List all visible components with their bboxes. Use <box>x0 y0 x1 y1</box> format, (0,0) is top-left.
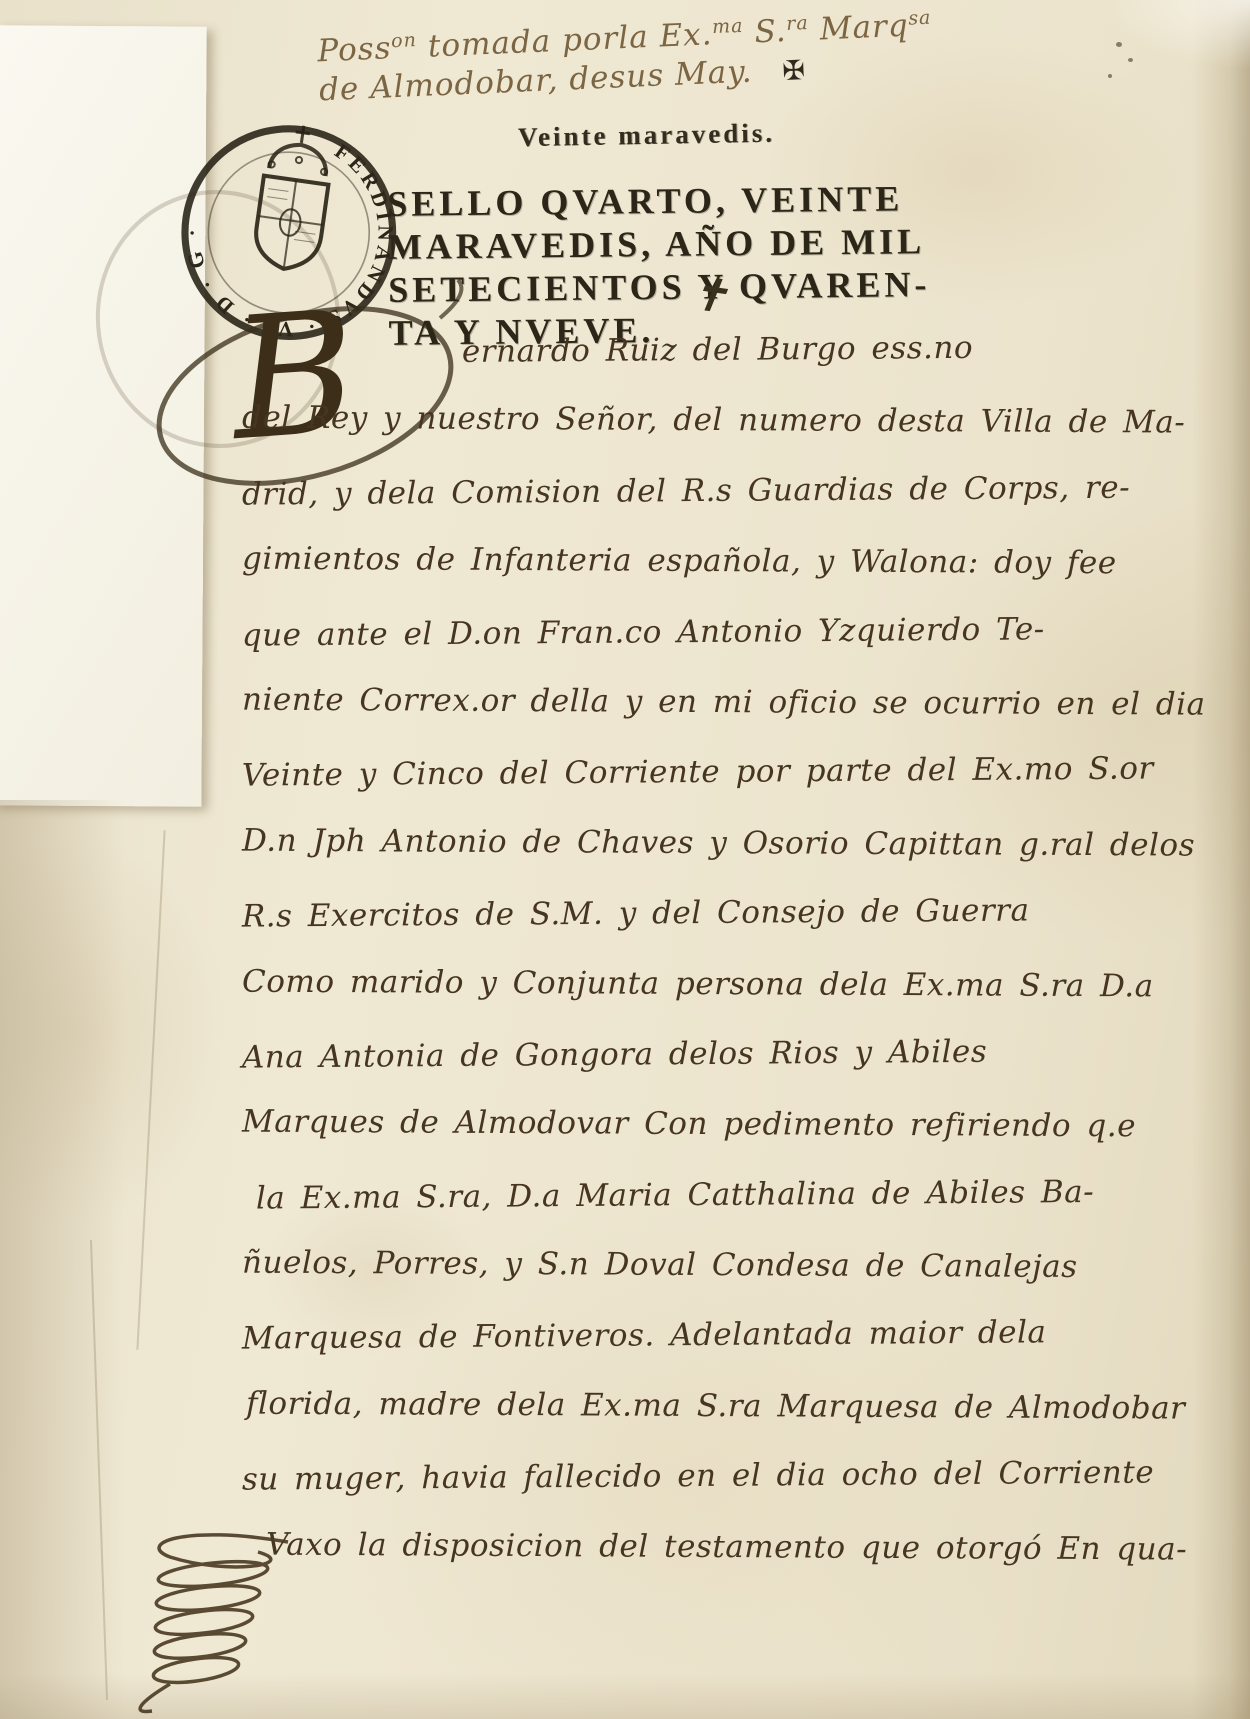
manuscript-line: R.s Exercitos de S.M. y del Consejo de G… <box>242 892 1163 970</box>
annotation-text: Poss <box>317 30 393 69</box>
manuscript-line: ernardo Ruiz del Burgo ess.no <box>242 328 1163 406</box>
manuscript-line: D.n Jph Antonio de Chaves y Osorio Capit… <box>242 822 1162 897</box>
manuscript-line: Vaxo la disposicion del testamento que o… <box>266 1526 1162 1601</box>
torn-top-right-corner <box>1100 0 1250 70</box>
manuscript-line: Marquesa de Fontiveros. Adelantada maior… <box>242 1314 1163 1392</box>
annotation-superscript: on <box>391 29 418 52</box>
ink-speck <box>1108 74 1112 78</box>
manuscript-line: niente Correx.or della y en mi oficio se… <box>242 682 1162 757</box>
manuscript-line: que ante el D.on Fran.co Antonio Yzquier… <box>242 610 1163 688</box>
manuscript-line: ñuelos, Porres, y S.n Doval Condesa de C… <box>242 1245 1162 1320</box>
annotation-superscript: ra <box>786 12 809 35</box>
ink-cross-mark: ✝ <box>686 266 732 325</box>
annotation-superscript: sa <box>908 7 932 30</box>
manuscript-line: su muger, havia fallecido en el dia ocho… <box>242 1455 1163 1533</box>
manuscript-line: gimientos de Infanteria española, y Walo… <box>242 541 1162 616</box>
manuscript-line: Como marido y Conjunta persona dela Ex.m… <box>242 963 1162 1038</box>
manuscript-line: drid, y dela Comision del R.s Guardias d… <box>242 469 1163 547</box>
stamp-line: SETECIENTOS Y QVAREN- <box>388 263 931 312</box>
manuscript-line: florida, madre dela Ex.ma S.ra Marquesa … <box>246 1385 1162 1460</box>
torn-right-edge <box>1192 0 1250 1719</box>
manuscript-line: Marques de Almodovar Con pedimento refir… <box>242 1104 1162 1179</box>
annotation-text: S. <box>743 13 787 51</box>
manuscript-line: del Rey y nuestro Señor, del numero dest… <box>242 400 1162 475</box>
manuscript-line: la Ex.ma S.ra, D.a Maria Catthalina de A… <box>256 1173 1163 1251</box>
ink-speck <box>1128 58 1133 62</box>
ink-speck <box>1116 42 1122 47</box>
stamp-line: SELLO QVARTO, VEINTE <box>387 177 930 226</box>
manuscript-line: Veinte y Cinco del Corriente por parte d… <box>242 751 1163 829</box>
annotation-text: Marq <box>808 8 909 48</box>
manuscript-body: B ernardo Ruiz del Burgo ess.no del Rey … <box>242 332 1162 1599</box>
annotation-superscript: ma <box>712 15 744 38</box>
ownership-annotation: Posson tomada porla Ex.ma S.ra Marqsa de… <box>317 7 934 109</box>
scanned-document: FERDINANDVS · VI · D · G · Posson tomada… <box>0 0 1250 1719</box>
manuscript-line: Ana Antonia de Gongora delos Rios y Abil… <box>242 1032 1163 1110</box>
cross-icon: ✠ <box>782 55 806 87</box>
stamp-line: MARAVEDIS, AÑO DE MIL <box>388 220 931 269</box>
signature-flourish <box>108 1522 303 1718</box>
fiscal-stamp-text: SELLO QVARTO, VEINTE MARAVEDIS, AÑO DE M… <box>387 177 931 355</box>
tax-value-line: Veinte maravedis. <box>518 118 775 153</box>
